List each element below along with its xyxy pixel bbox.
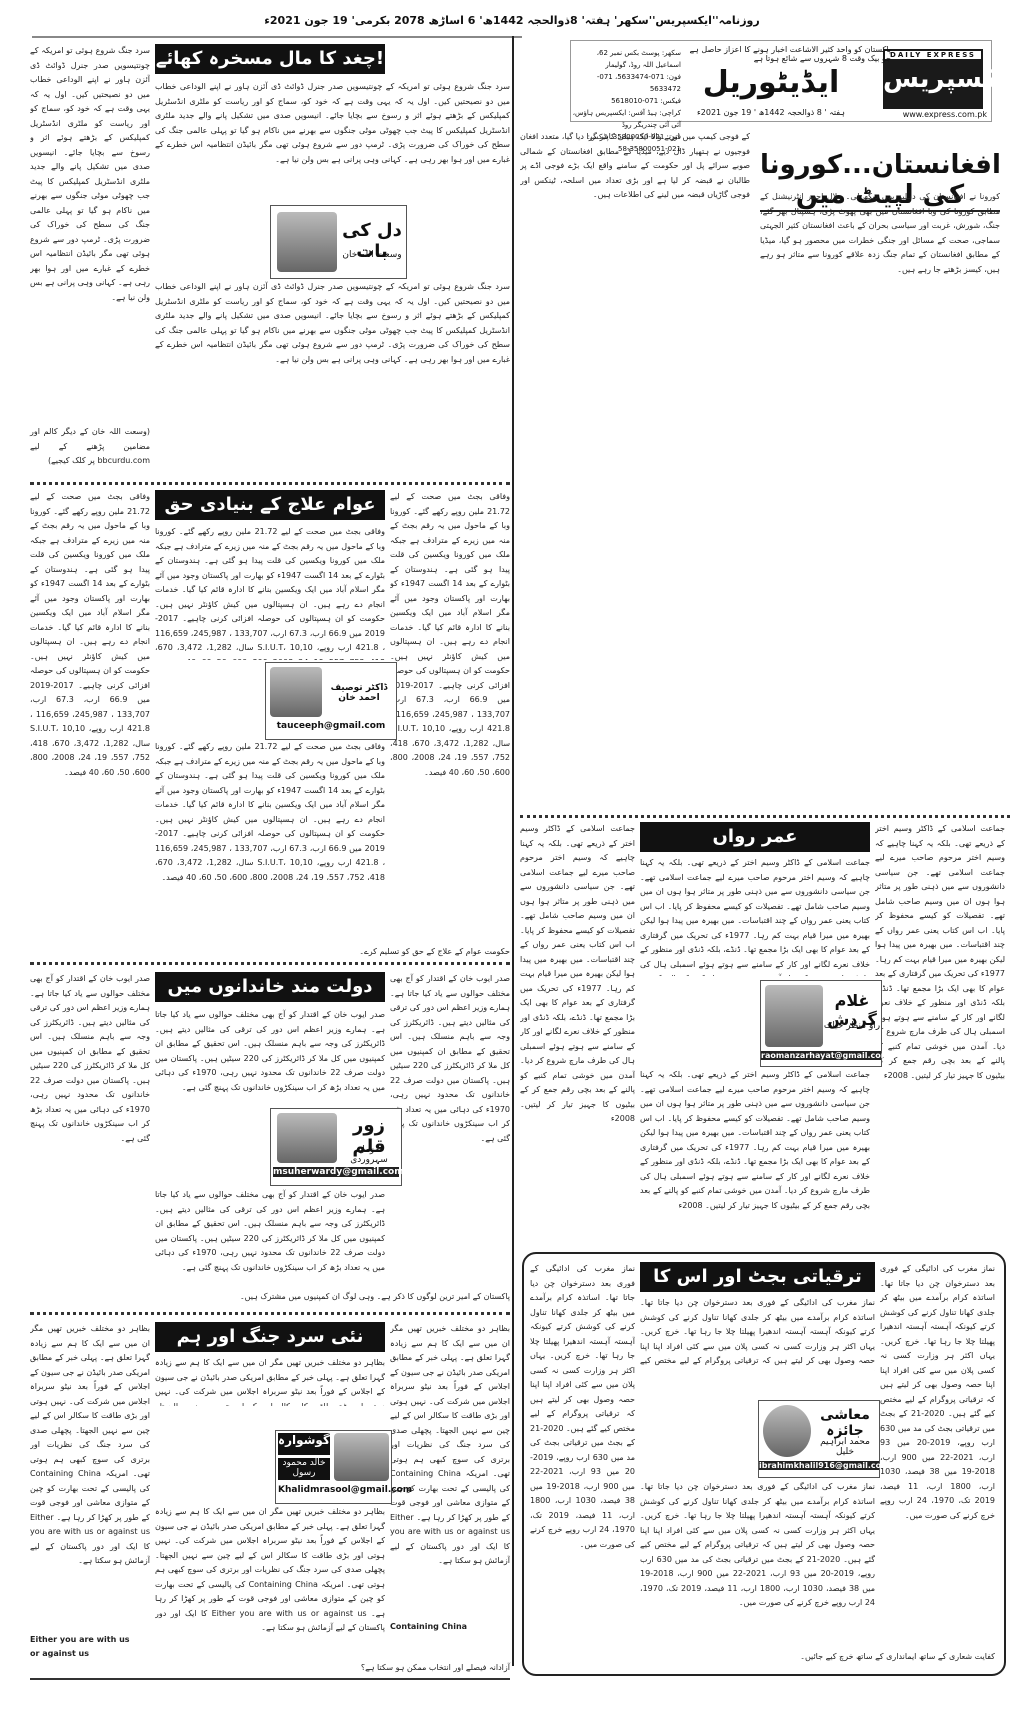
contact-line: سکھر: پوسٹ بکس نمبر 62، اسماعیل اللہ روڈ… — [571, 47, 681, 71]
author-email[interactable]: raomanzarhayat@gmail.com — [761, 1051, 881, 1060]
column-footer: حکومت عوام کے علاج کے حق کو تسلیم کرے۔ — [30, 945, 510, 960]
column-body: سرد جنگ شروع ہوئی تو امریکہ کے چونتیسویں… — [155, 80, 510, 205]
contact-line: فیکس: 071-5618010 — [571, 95, 681, 107]
author-name: وسعت اللہ خان — [339, 250, 405, 260]
column-body: وفاقی بجٹ میں صحت کے لیے 21.72 ملین روپے… — [155, 740, 385, 920]
site-url[interactable]: www.express.com.pk — [903, 110, 987, 119]
column-footnote[interactable]: (وسعت اللہ خان کے دیگر کالم اور مضامین پ… — [30, 425, 150, 469]
author-email[interactable]: ibrahimkhalil916@gmail.com — [759, 1461, 879, 1470]
author-name: محمد ابراہیم خلیل — [813, 1437, 877, 1457]
masthead: DAILY EXPRESS ایکسپریس www.express.com.p… — [570, 40, 992, 122]
column-banner: ترقیاتی بجٹ اور اس کا استعمال — [640, 1262, 875, 1292]
column-body: نماز مغرب کی ادائیگی کے فوری بعد دسترخوا… — [640, 1296, 875, 1371]
column-footer: کفایت شعاری کے ساتھ ایمانداری کے ساتھ خر… — [530, 1650, 995, 1665]
column-banner: نئی سرد جنگ اور ہم — [155, 1322, 385, 1352]
column-banner: دولت مند خاندانوں میں اضافہ — [155, 972, 385, 1002]
column-footer: پاکستان کے امیر ترین لوگوں کا ذکر ہے۔ وہ… — [30, 1290, 510, 1305]
column-banner: عوام علاج کے بنیادی حق سے محروم — [155, 490, 385, 520]
dateline: روزنامہ''ایکسپریس''سکھر' ہفتہ' 8ذوالحجہ … — [0, 14, 1024, 27]
columnist-photo — [765, 985, 823, 1047]
english-phrase: Either you are with us — [30, 1633, 150, 1648]
author-name: ڈاکٹر توصیف احمد خان — [324, 683, 394, 703]
column-banner: عمر رواں — [640, 822, 870, 852]
column-body: بظاہر دو مختلف خبریں تھیں مگر ان میں سے … — [30, 1322, 150, 1652]
column-name: گوشوارہ — [278, 1433, 330, 1455]
logo-mark: ایکسپریس — [883, 64, 1017, 94]
contact-line: فون: 071-5633474، 071-5633472 — [571, 71, 681, 95]
column-body: وفاقی بجٹ میں صحت کے لیے 21.72 ملین روپے… — [155, 525, 385, 660]
author-name: خالد محمود رسول — [278, 1458, 330, 1480]
columnist-card: دل کی بات وسعت اللہ خان — [270, 205, 407, 279]
column-body: جماعت اسلامی کے ڈاکٹر وسیم اختر کے ذریعے… — [875, 822, 1005, 1232]
column-body: نماز مغرب کی ادائیگی کے فوری بعد دسترخوا… — [880, 1262, 995, 1662]
column-body: صدر ایوب خان کے اقتدار کو آج بھی مختلف ح… — [30, 972, 150, 1292]
contact-line: کراچی: ہیڈ آفس: ایکسپریس ہاؤس، آئی آئی چ… — [571, 107, 681, 131]
columnist-photo — [277, 212, 337, 272]
section-divider — [30, 962, 510, 965]
column-name: معاشی جائزہ — [813, 1407, 877, 1439]
columnist-card: گوشوارہ خالد محمود رسول Khalidmrasool@gm… — [275, 1430, 392, 1504]
masthead-date: ہفتہ ' 8 ذوالحجہ 1442ھ ' 19 جون 2021ء — [681, 108, 861, 117]
column-body: صدر ایوب خان کے اقتدار کو آج بھی مختلف ح… — [390, 972, 510, 1292]
columnist-card: غلام گردش راؤ منظر حیات raomanzarhayat@g… — [760, 980, 882, 1067]
columnist-card: معاشی جائزہ محمد ابراہیم خلیل ibrahimkha… — [758, 1400, 880, 1478]
column-footer: آزادانہ فیصلے اور انتخاب ممکن ہو سکتا ہے… — [30, 1661, 510, 1676]
author-name: راؤ منظر حیات — [823, 1021, 881, 1031]
express-logo: DAILY EXPRESS ایکسپریس — [883, 49, 983, 109]
section-divider — [520, 815, 1010, 818]
author-name: مزمل سہروردی — [339, 1145, 399, 1165]
column-body: بظاہر دو مختلف خبریں تھیں مگر ان میں سے … — [155, 1505, 385, 1645]
center-divider — [512, 36, 514, 1666]
column-body: نماز مغرب کی ادائیگی کے فوری بعد دسترخوا… — [640, 1480, 875, 1640]
columnist-card: زور قلم مزمل سہروردی msuherwardy@gmail.c… — [270, 1108, 402, 1186]
columnist-photo — [270, 667, 322, 717]
author-email[interactable]: msuherwardy@gmail.com — [273, 1167, 399, 1177]
english-phrase: Containing China — [390, 1620, 510, 1635]
column-body: بظاہر دو مختلف خبریں تھیں مگر ان میں سے … — [155, 1356, 385, 1406]
columnist-photo — [277, 1113, 337, 1163]
section-divider — [30, 1312, 510, 1315]
top-rule — [32, 36, 522, 38]
author-email[interactable]: Khalidmrasool@gmail.com — [278, 1485, 389, 1495]
column-body: جماعت اسلامی کے ڈاکٹر وسیم اختر کے ذریعے… — [640, 856, 870, 976]
column-body: سرد جنگ شروع ہوئی تو امریکہ کے چونتیسویں… — [155, 280, 510, 440]
masthead-note: پاکستان کو واحد کثیر الاشاعت اخبار ہونے … — [681, 45, 891, 63]
columnist-photo — [334, 1433, 389, 1481]
column-body: صدر ایوب خان کے اقتدار کو آج بھی مختلف ح… — [155, 1188, 385, 1288]
columnist-card: ڈاکٹر توصیف احمد خان tauceeph@gmail.com — [265, 662, 397, 740]
bottom-rule — [30, 1678, 510, 1680]
column-body: جماعت اسلامی کے ڈاکٹر وسیم اختر کے ذریعے… — [640, 1068, 870, 1228]
editorial-body-continued: کے فوجی کیمپ میں اترنے والا ایک ہیلی کاپ… — [520, 130, 750, 810]
editorial-body: کورونا نے افغانستان کی دہلیز بھی دیکھ لی… — [760, 190, 1000, 810]
columnist-photo — [763, 1405, 811, 1457]
column-banner: چغد کا مال مسخرہ کھائے! — [155, 44, 385, 74]
logo-brand: DAILY EXPRESS — [885, 51, 981, 59]
column-body: وفاقی بجٹ میں صحت کے لیے 21.72 ملین روپے… — [30, 490, 150, 920]
column-body: وفاقی بجٹ میں صحت کے لیے 21.72 ملین روپے… — [390, 490, 510, 920]
author-email[interactable]: tauceeph@gmail.com — [268, 721, 394, 731]
section-divider — [30, 482, 510, 485]
section-title: ایڈیٹوریل — [681, 65, 861, 100]
column-body: سرد جنگ شروع ہوئی تو امریکہ کے چونتیسویں… — [30, 44, 150, 424]
english-phrase: or against us — [30, 1647, 150, 1662]
column-body: جماعت اسلامی کے ڈاکٹر وسیم اختر کے ذریعے… — [520, 822, 635, 1232]
column-body: نماز مغرب کی ادائیگی کے فوری بعد دسترخوا… — [530, 1262, 635, 1662]
column-body: صدر ایوب خان کے اقتدار کو آج بھی مختلف ح… — [155, 1008, 385, 1103]
